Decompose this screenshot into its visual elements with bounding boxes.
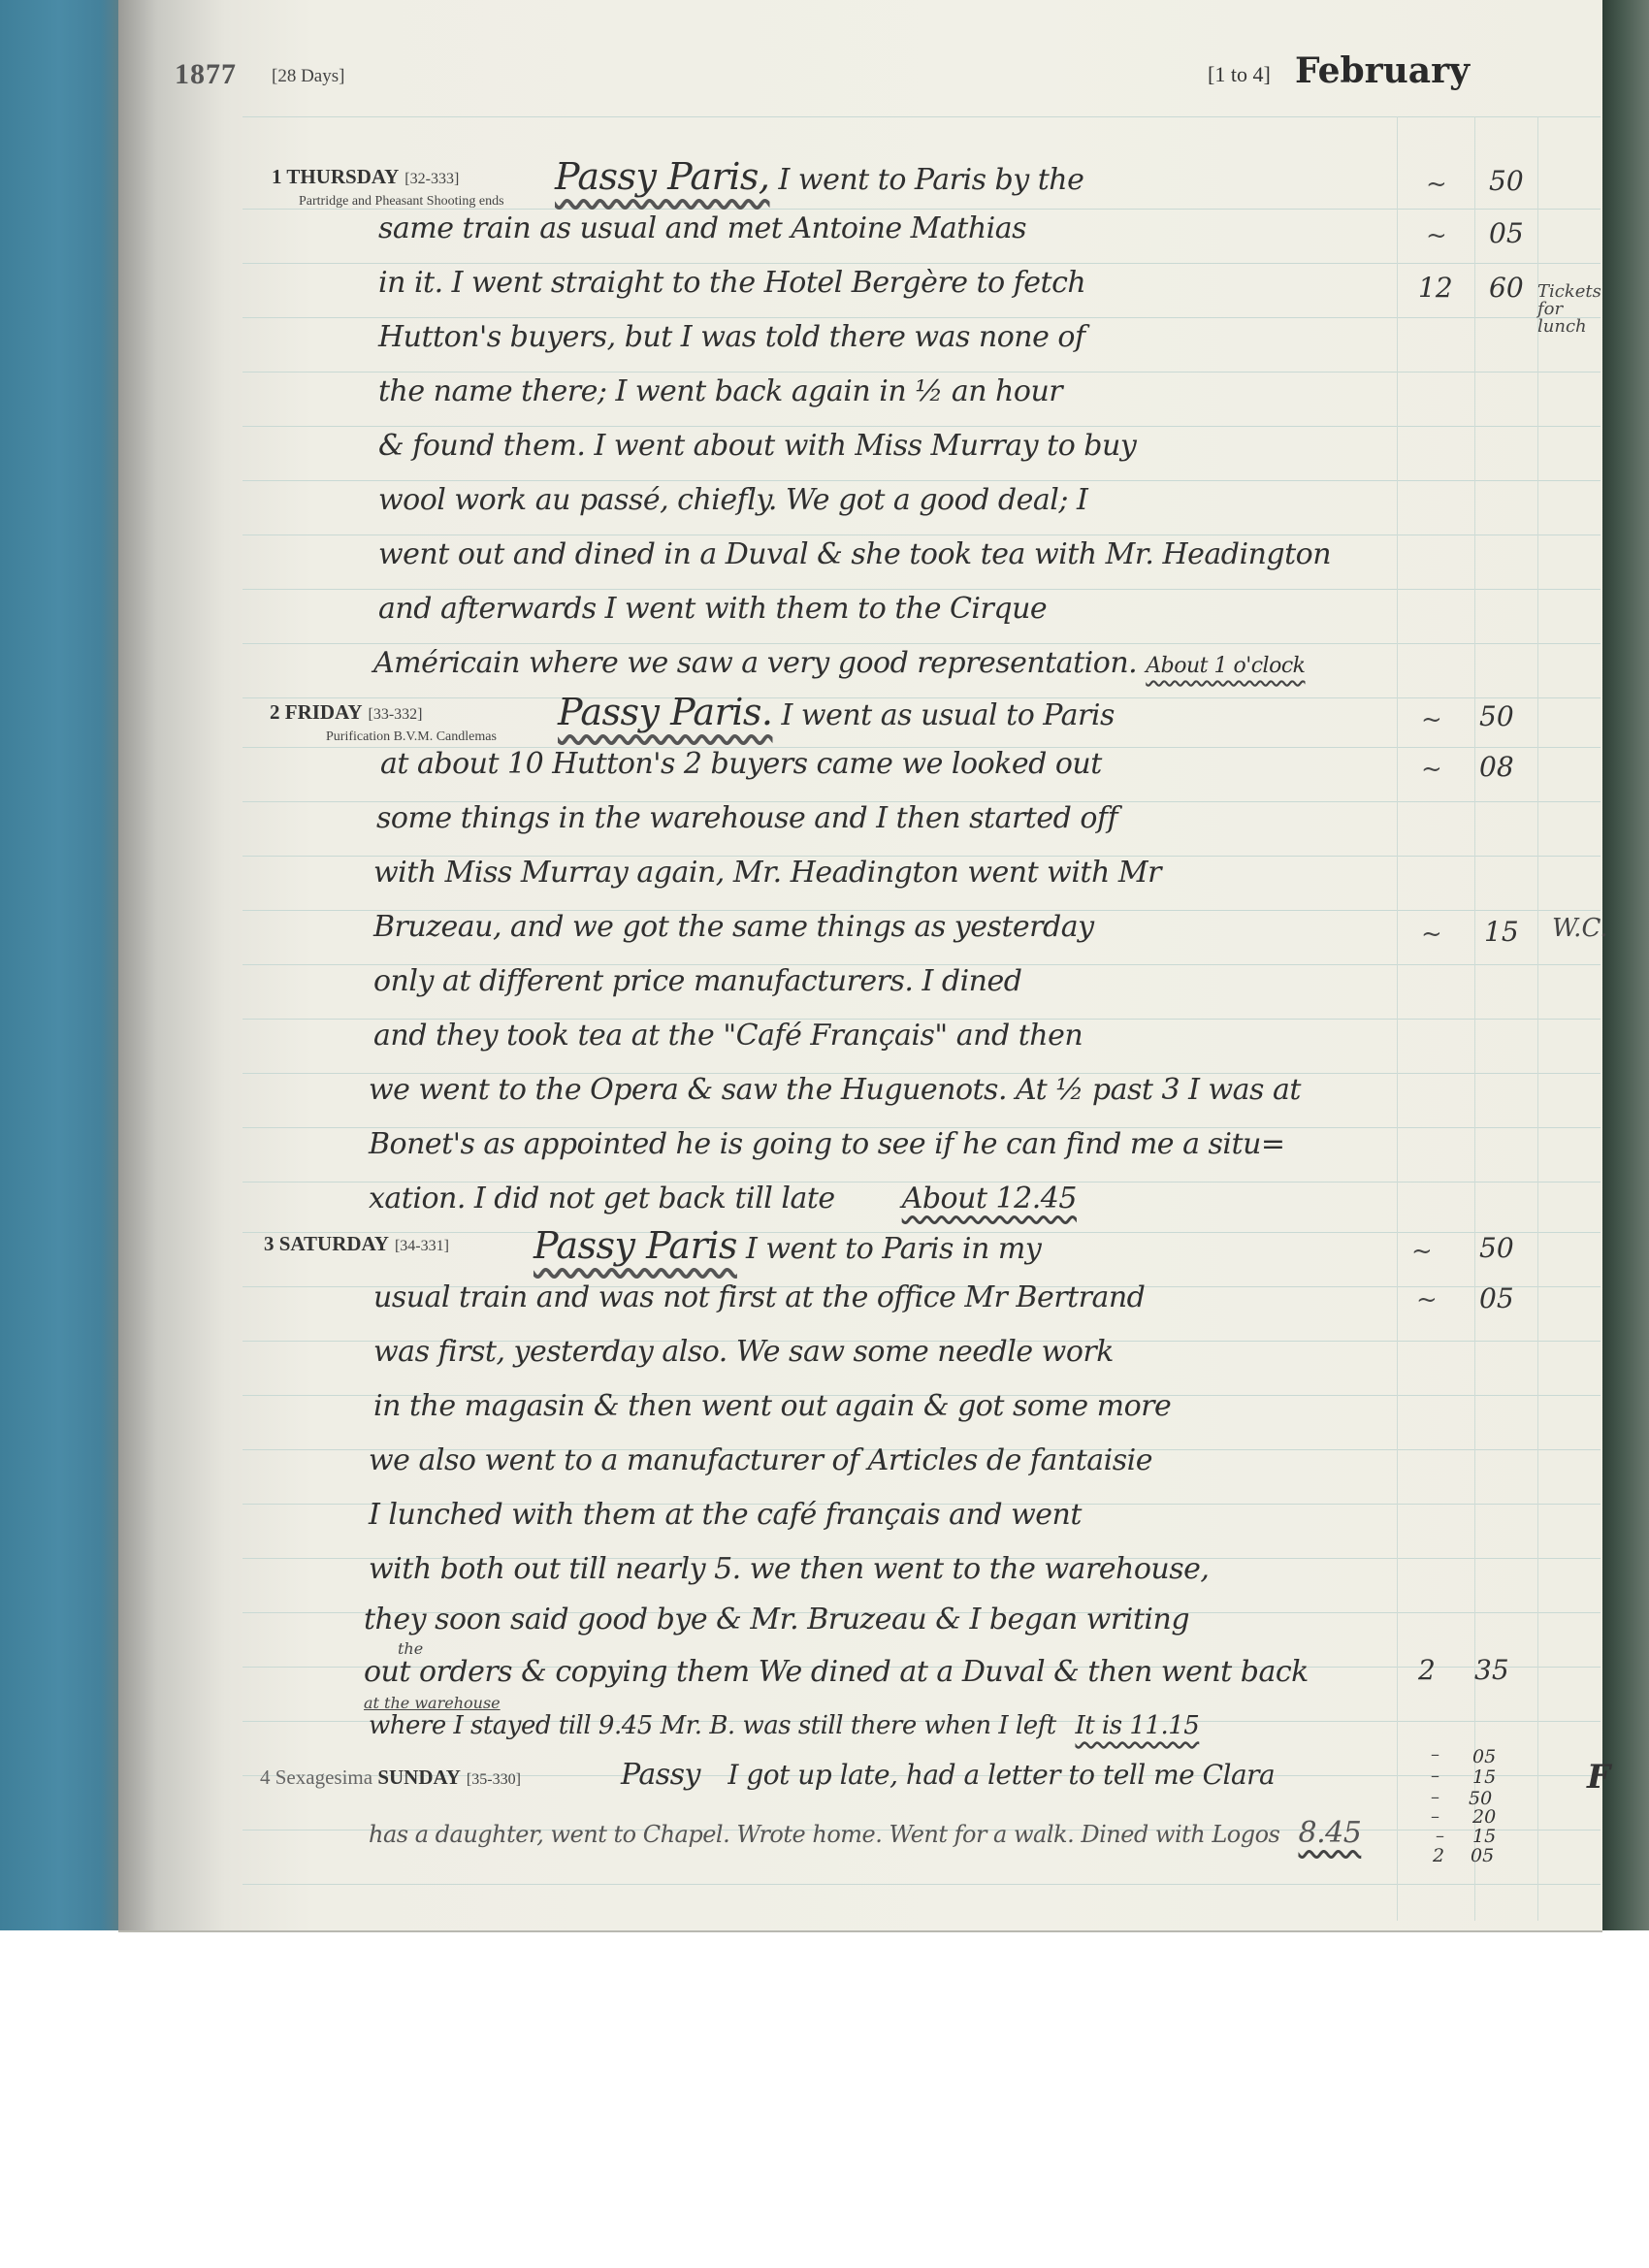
handwritten-line: usual train and was not first at the off… [373,1280,1145,1314]
day-number-ref: [35-330] [467,1771,521,1788]
handwritten-line: with both out till nearly 5. we then wen… [369,1552,1209,1586]
day-label: 1 THURSDAY[32-333] [272,165,459,189]
handwritten-line: out orders & copying them We dined at a … [364,1655,1309,1689]
time-note: About 12.45 [902,1182,1077,1215]
expense-dash: ~ [1426,221,1447,250]
handwritten-line: at about 10 Hutton's 2 buyers came we lo… [380,747,1102,781]
handwritten-line: Passy Paris I went to Paris in my [533,1224,1041,1267]
expense-francs: 12 [1418,272,1453,304]
expense-cents: 05 [1479,1282,1514,1314]
days-in-month: [28 Days] [272,66,344,87]
handwritten-line: Passy Paris, I went to Paris by the [555,155,1083,198]
handwritten-line: we went to the Opera & saw the Huguenots… [369,1073,1301,1107]
line-text: where I stayed till 9.45 Mr. B. was stil… [369,1711,1056,1740]
line-text: I went to Paris in my [746,1232,1041,1266]
handwritten-line: where I stayed till 9.45 Mr. B. was stil… [369,1711,1199,1740]
expense-dash: ~ [1411,1237,1433,1266]
handwritten-line: we also went to a manufacturer of Articl… [369,1443,1152,1477]
handwritten-line: was first, yesterday also. We saw some n… [373,1335,1114,1369]
handwritten-line: & found them. I went about with Miss Mur… [378,429,1136,463]
expense-cents: 50 [1489,165,1524,197]
handwritten-line: went out and dined in a Duval & she took… [378,537,1331,571]
page-month: February [1295,50,1470,91]
day-name: 2 FRIDAY [270,700,362,724]
handwritten-line: Hutton's buyers, but I was told there wa… [378,320,1085,354]
handwritten-line: in it. I went straight to the Hotel Berg… [378,266,1085,300]
expense-cents: 05 [1471,1845,1494,1866]
day-label: 4 Sexagesima SUNDAY[35-330] [260,1766,521,1790]
handwritten-line: some things in the warehouse and I then … [376,801,1117,835]
book-cover-edge [1602,0,1649,1930]
time-note: 8.45 [1299,1816,1362,1850]
expense-note: W.C. [1552,920,1608,937]
date-range: [1 to 4] [1208,62,1271,87]
expense-dash: ~ [1421,705,1442,734]
handwritten-line: xation. I did not get back till late Abo… [369,1182,1077,1215]
book-spine [0,0,118,1930]
day-number-ref: [34-331] [395,1238,449,1254]
expense-cents: 15 [1484,916,1519,948]
expense-dash: – [1431,1744,1439,1765]
handwritten-line: and they took tea at the "Café Français"… [373,1019,1083,1053]
expense-francs: 2 [1433,1845,1444,1866]
expense-cents: 50 [1479,1232,1514,1264]
handwritten-insertion: at the warehouse [364,1694,501,1712]
expense-dash: ~ [1426,170,1447,199]
expense-francs: 2 [1418,1654,1436,1686]
expense-cents: 60 [1489,272,1524,304]
line-text: Américain where we saw a very good repre… [373,646,1137,680]
place-heading: Passy Paris, [555,155,769,198]
handwritten-line: and afterwards I went with them to the C… [378,592,1047,626]
margin-mark: F [1587,1758,1610,1797]
day-number-ref: [32-333] [404,171,459,187]
expense-dash: ~ [1421,920,1442,949]
day-number-ref: [33-332] [368,706,422,723]
place-heading: Passy Paris. [558,691,772,733]
printed-calendar-note: Purification B.V.M. Candlemas [326,729,497,745]
expense-dash: ~ [1416,1285,1438,1314]
handwritten-line: only at different price manufacturers. I… [373,964,1021,998]
expense-cents: 15 [1472,1766,1496,1788]
time-note: About 1 o'clock [1146,654,1305,678]
expense-dash: ~ [1421,755,1442,784]
day-name: 1 THURSDAY [272,165,399,188]
expense-cents: 50 [1479,700,1514,732]
expense-dash: – [1431,1806,1439,1827]
place-heading: Passy [621,1758,700,1792]
liturgical-name: 4 Sexagesima [260,1766,372,1789]
expense-dash: – [1436,1826,1444,1846]
handwritten-line: with Miss Murray again, Mr. Headington w… [373,856,1161,890]
expense-cents: 35 [1474,1654,1509,1686]
day-label: 2 FRIDAY[33-332] [270,700,422,725]
line-text: I went as usual to Paris [782,698,1115,732]
page-year: 1877 [175,58,237,91]
expense-cents: 05 [1489,217,1524,249]
line-text: I got up late, had a letter to tell me C… [727,1759,1275,1791]
handwritten-line: has a daughter, went to Chapel. Wrote ho… [369,1816,1361,1850]
handwritten-line: the name there; I went back again in ½ a… [378,374,1062,408]
day-name: 3 SATURDAY [264,1232,389,1255]
handwritten-line: Américain where we saw a very good repre… [373,646,1306,680]
line-text: xation. I did not get back till late [369,1182,835,1215]
day-name: SUNDAY [377,1766,461,1789]
line-text: I went to Paris by the [779,163,1084,197]
expense-cents: 15 [1472,1826,1496,1847]
handwritten-line: Passy I got up late, had a letter to tel… [621,1758,1275,1792]
expense-cents: 20 [1472,1806,1496,1828]
handwritten-line: in the magasin & then went out again & g… [373,1389,1171,1423]
time-note: It is 11.15 [1075,1711,1199,1740]
handwritten-line: they soon said good bye & Mr. Bruzeau & … [364,1603,1189,1636]
handwritten-line: Bruzeau, and we got the same things as y… [373,910,1094,944]
place-heading: Passy Paris [533,1224,737,1267]
expense-cents: 08 [1479,751,1514,783]
expense-note: Tickets for lunch [1537,283,1600,336]
expense-dash: – [1431,1766,1439,1786]
expense-dash: – [1431,1787,1439,1807]
handwritten-line: I lunched with them at the café français… [369,1498,1082,1532]
expense-cents: 05 [1472,1746,1496,1767]
handwritten-line: Passy Paris. I went as usual to Paris [558,691,1115,733]
printed-calendar-note: Partridge and Pheasant Shooting ends [299,194,504,210]
handwritten-line: wool work au passé, chiefly. We got a go… [378,483,1087,517]
handwritten-line: same train as usual and met Antoine Math… [378,211,1026,245]
handwritten-line: Bonet's as appointed he is going to see … [369,1127,1285,1161]
line-text: has a daughter, went to Chapel. Wrote ho… [369,1821,1279,1848]
day-label: 3 SATURDAY[34-331] [264,1232,449,1256]
